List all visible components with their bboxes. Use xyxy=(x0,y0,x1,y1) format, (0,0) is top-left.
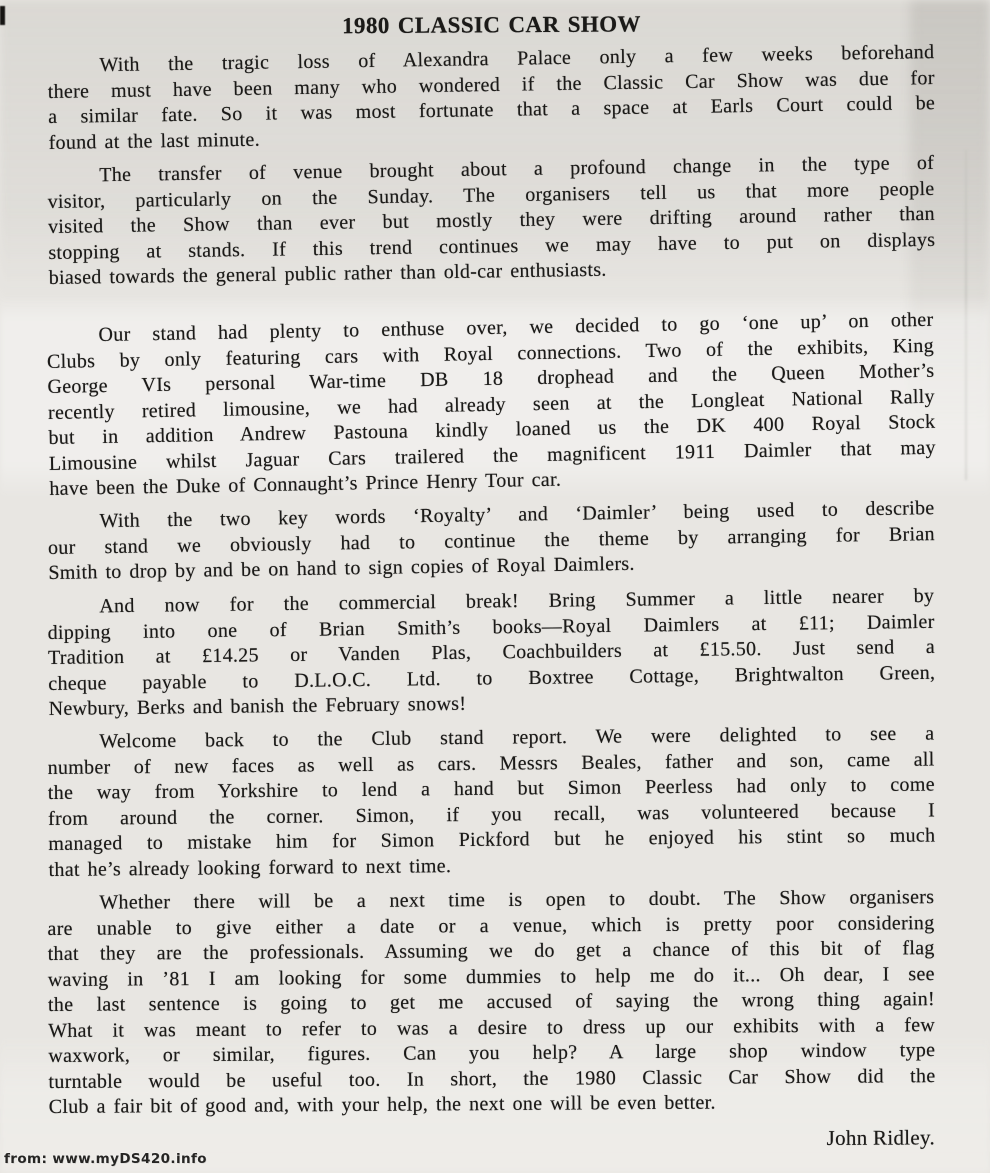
paragraph: Whether there will be a next time is ope… xyxy=(47,885,936,1120)
paragraph: And now for the commercial break! Bring … xyxy=(47,583,936,722)
article-body: With the tragic loss of Alexandra Palace… xyxy=(48,54,935,1121)
paragraph: With the two key words ‘Royalty’ and ‘Da… xyxy=(47,496,935,586)
scan-seam-right xyxy=(965,150,967,480)
paragraph: Our stand had plenty to enthuse over, we… xyxy=(46,307,936,502)
text-line: Club a fair bit of good and, with your h… xyxy=(49,1089,936,1120)
page-title: 1980 CLASSIC CAR SHOW xyxy=(48,9,935,41)
scan-edge-mark xyxy=(0,6,5,25)
paragraph: Welcome back to the Club stand report. W… xyxy=(47,721,935,883)
signature: John Ridley. xyxy=(48,1124,935,1155)
article: 1980 CLASSIC CAR SHOW With the tragic lo… xyxy=(48,8,935,1155)
watermark: from: www.myDS420.info xyxy=(4,1151,207,1167)
scanned-page: 1980 CLASSIC CAR SHOW With the tragic lo… xyxy=(0,0,990,1173)
paragraph: With the tragic loss of Alexandra Palace… xyxy=(47,40,935,156)
paragraph: The transfer of venue brought about a pr… xyxy=(47,151,936,292)
